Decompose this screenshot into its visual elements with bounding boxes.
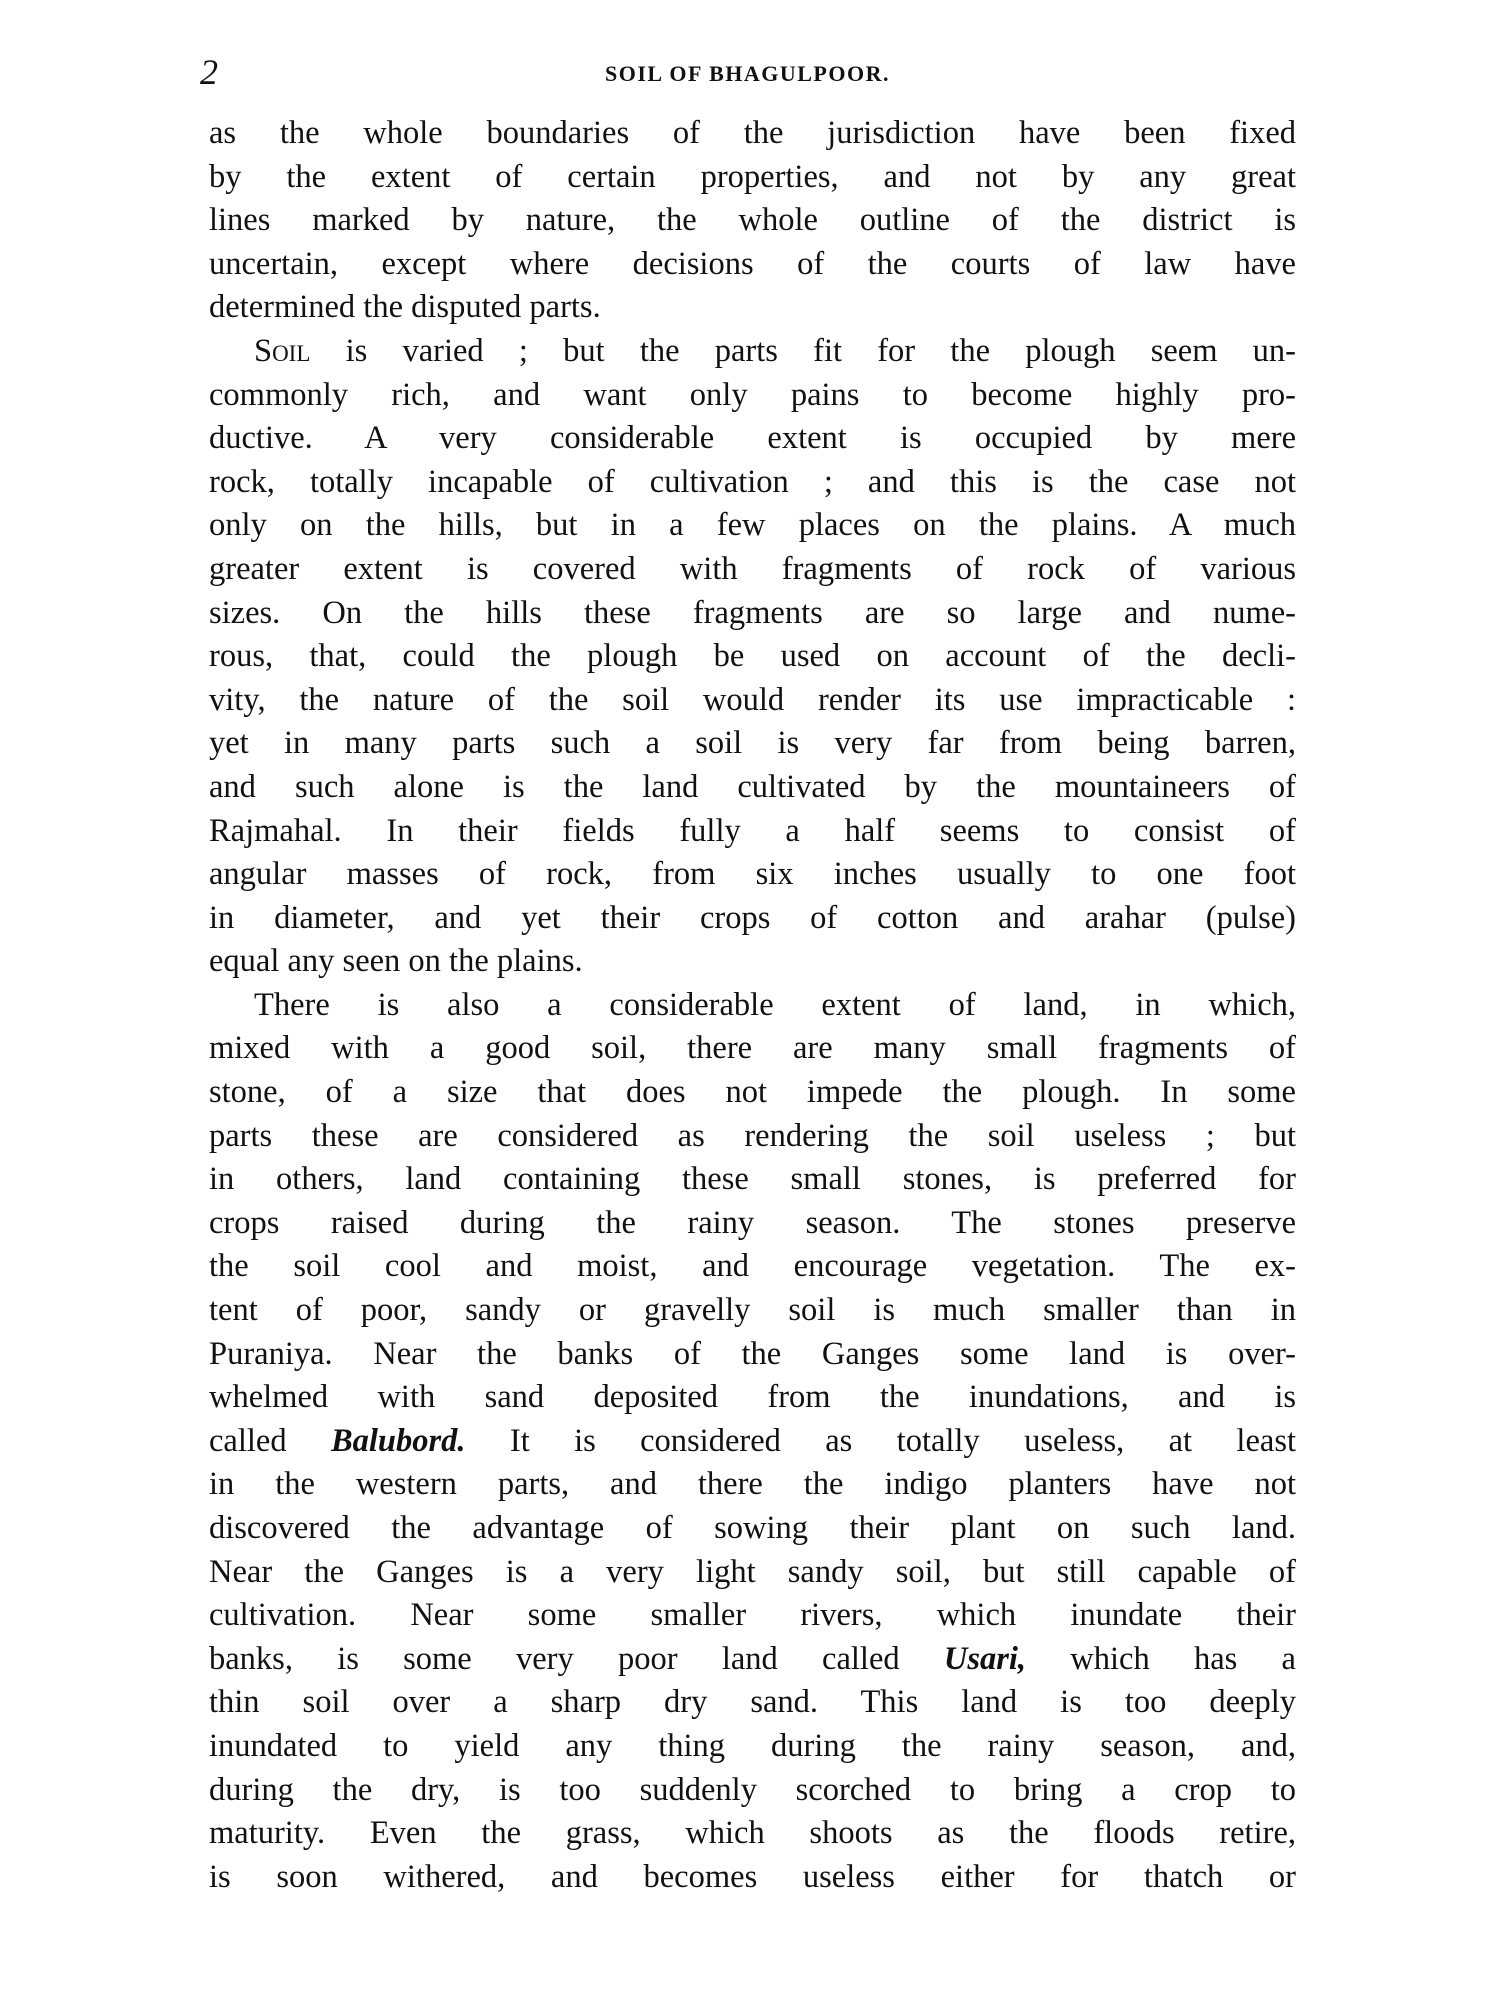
text-line: in the western parts, and there the indi… [209,1463,1296,1507]
text-line: Puraniya. Near the banks of the Ganges s… [209,1333,1296,1377]
text-line-with-term-usari: banks, is some very poor land called Usa… [209,1638,1296,1682]
body-text: as the whole boundaries of the jurisdict… [209,112,1296,1899]
text-line: whelmed with sand deposited from the inu… [209,1376,1296,1420]
text-line: determined the disputed parts. [209,286,1296,330]
text-line-with-term-balubord: called Balubord. It is considered as tot… [209,1420,1296,1464]
text-line: Near the Ganges is a very light sandy so… [209,1551,1296,1595]
text-line: discovered the advantage of sowing their… [209,1507,1296,1551]
text-line: inundated to yield any thing during the … [209,1725,1296,1769]
text-run: It is considered as totally useless, at … [466,1423,1296,1459]
text-line: angular masses of rock, from six inches … [209,853,1296,897]
text-line: is soon withered, and becomes useless ei… [209,1856,1296,1900]
text-line: crops raised during the rainy season. Th… [209,1202,1296,1246]
text-run: called [209,1423,331,1459]
text-run: which has a [1026,1641,1296,1677]
text-line: rock, totally incapable of cultivation ;… [209,461,1296,505]
text-line: and such alone is the land cultivated by… [209,766,1296,810]
text-line: in others, land containing these small s… [209,1158,1296,1202]
text-run: is varied ; but the parts fit for the pl… [310,333,1296,369]
text-line: as the whole boundaries of the jurisdict… [209,112,1296,156]
text-line: vity, the nature of the soil would rende… [209,679,1296,723]
text-line: equal any seen on the plains. [209,940,1296,984]
running-head: 2 SOIL OF BHAGULPOOR. [200,52,1295,92]
text-line: maturity. Even the grass, which shoots a… [209,1812,1296,1856]
italic-term-balubord: Balubord. [331,1423,466,1459]
text-line: tent of poor, sandy or gravelly soil is … [209,1289,1296,1333]
text-line: uncertain, except where decisions of the… [209,243,1296,287]
running-head-title: SOIL OF BHAGULPOOR. [200,56,1295,92]
text-line-paragraph-start: Soil is varied ; but the parts fit for t… [209,330,1296,374]
text-line: yet in many parts such a soil is very fa… [209,722,1296,766]
italic-term-usari: Usari, [944,1641,1026,1677]
text-line: cultivation. Near some smaller rivers, w… [209,1594,1296,1638]
text-line-paragraph-start: There is also a considerable extent of l… [209,984,1296,1028]
text-line: by the extent of certain properties, and… [209,156,1296,200]
small-caps-lead: Soil [254,333,310,369]
text-line: thin soil over a sharp dry sand. This la… [209,1681,1296,1725]
text-line: rous, that, could the plough be used on … [209,635,1296,679]
text-line: the soil cool and moist, and encourage v… [209,1245,1296,1289]
text-run: banks, is some very poor land called [209,1641,944,1677]
text-line: lines marked by nature, the whole outlin… [209,199,1296,243]
text-line: greater extent is covered with fragments… [209,548,1296,592]
text-line: in diameter, and yet their crops of cott… [209,897,1296,941]
text-line: mixed with a good soil, there are many s… [209,1027,1296,1071]
text-line: during the dry, is too suddenly scorched… [209,1769,1296,1813]
text-line: parts these are considered as rendering … [209,1115,1296,1159]
text-line: only on the hills, but in a few places o… [209,504,1296,548]
book-page: 2 SOIL OF BHAGULPOOR. as the whole bound… [0,0,1500,2000]
text-line: Rajmahal. In their fields fully a half s… [209,810,1296,854]
text-line: commonly rich, and want only pains to be… [209,374,1296,418]
text-line: ductive. A very considerable extent is o… [209,417,1296,461]
text-line: sizes. On the hills these fragments are … [209,592,1296,636]
text-line: stone, of a size that does not impede th… [209,1071,1296,1115]
